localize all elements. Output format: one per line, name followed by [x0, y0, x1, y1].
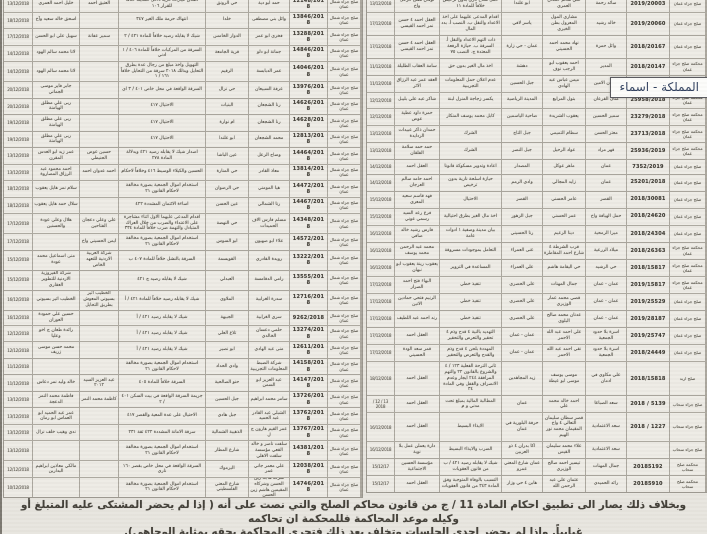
table-cell-complainant: ماهر عوكل — [543, 160, 585, 174]
table-cell-case-number: 23713/2018 — [627, 126, 669, 142]
table-cell-court: صلح جزاء شمال عمان — [328, 408, 360, 424]
table-cell-case-number: 20185192 — [627, 459, 669, 475]
table-cell-area: ابو نصير — [206, 342, 248, 358]
table-cell-session-date: 11/12/2018 — [367, 59, 394, 75]
scanned-court-announcement-page: 13/12/2018خليل احمد العمريالعتيق احمداطل… — [0, 0, 707, 534]
table-cell-session-date: 13/12/2018 — [4, 165, 32, 181]
table-cell-complainant: جمال المهنات — [543, 277, 585, 293]
table-cell-area: رنا الحسيني — [502, 226, 542, 242]
table-cell-session-date: 16/12/2018 — [4, 311, 32, 325]
table-cell-notes — [80, 425, 118, 441]
table-cell-case-number: 2018/24304 — [627, 226, 669, 242]
table-cell-case-number: 2018/20147 — [627, 59, 669, 75]
table-cell-charge: اقدام المدعى عليهما الاول اثناء مشاجرة ع… — [119, 214, 205, 233]
table-cell-court: صلح جزاء شمال عمان — [328, 311, 360, 325]
table-cell-session-date: 16/12/2018 — [367, 226, 394, 242]
table-cell-case-number: 2019/15817 — [627, 277, 669, 293]
table-cell-session-date: 16/12/2018 — [367, 442, 394, 458]
table-cell-case-number: 13814/2018 — [290, 165, 327, 181]
table-cell-charge: الاحتيال ٤١٧ — [119, 115, 205, 131]
table-cell-notes — [80, 181, 118, 197]
table-cell-session-date: 15/12/2018 — [367, 192, 394, 208]
table-cell-court: صلح جزاء شمال عمان — [328, 99, 360, 115]
table-cell-defendant: لانا محمد سالم الهود — [33, 46, 79, 62]
table-cell-defendant: العقد عمر عبد الرزاق الائر — [395, 76, 439, 92]
table-cell-case-number: 14381/2018 — [290, 441, 327, 460]
table-cell-charge: الشرك — [440, 126, 501, 142]
table-cell-case-number: 13274/2018 — [290, 326, 327, 342]
table-cell-defendant: مؤسسة الحسين الاجتماعية — [395, 459, 439, 475]
table-cell-defendant: العقل احمد — [395, 160, 439, 174]
table-cell-court: صلح جزاء عمان — [670, 226, 705, 242]
table-cell-notes — [80, 46, 118, 62]
table-cell-court: محكمة صلح سحاب — [670, 476, 705, 492]
table-cell-area: ام نوارة — [206, 115, 248, 131]
table-cell-court: صلح جزاء شمال عمان — [328, 29, 360, 45]
table-cell-notes — [80, 461, 118, 477]
table-cell-charge: ثاني الترحة الفعلية ١٢٣ / ٤ والشروع بالق… — [440, 362, 501, 395]
table-cell-case-number: 14628/2018 — [290, 115, 327, 131]
table-cell-court: محكمة صلح سحاب — [670, 459, 705, 475]
table-cell-complainant: رنا الشمالي — [249, 198, 289, 214]
table-cell-notes: حسين عوض الحنيطي — [80, 148, 118, 164]
table-cell-defendant: سهيل علي ابو الحسن — [33, 29, 79, 45]
table-cell-charge: الحسين والكيلاء الوسيط ٤١٦ وخلافاً لاحكا… — [119, 165, 205, 181]
table-cell-complainant: موسى يوسف موسى ابو عيطة — [543, 362, 585, 395]
table-cell-complainant: معاذ القادر — [249, 165, 289, 181]
table-cell-charge: اخذ مال الغير بطرق احتيالية — [440, 209, 501, 225]
table-cell-complainant: سرى الغرابية — [249, 311, 289, 325]
table-cell-case-number: 2019/20003 — [627, 0, 669, 12]
table-cell-session-date: 15/12/2018 — [4, 271, 32, 290]
table-cell-notes — [80, 13, 118, 29]
table-cell-session-date: 17/12/2018 — [367, 294, 394, 310]
table-cell-complainant: احمد يعقوب ابو الرجب نوف — [543, 59, 585, 75]
table-cell-defendant: العقل احمد — [395, 328, 439, 344]
table-cell-area: شارع المطار — [206, 441, 248, 460]
table-cell-court: صلح جزاء عمان — [670, 192, 705, 208]
table-cell-area: اكا بدران ٤ ذو العربين — [502, 442, 542, 458]
table-cell-complainant: سدرة الغرابية — [249, 291, 289, 310]
table-cell-agent: قهر مراد — [586, 143, 626, 159]
table-cell-case-number: 2018/24449 — [627, 345, 669, 361]
table-cell-charge: تنفيذ خطي — [440, 294, 501, 310]
table-cell-court: صلح جزاء شمال عمان — [328, 291, 360, 310]
table-cell-complainant: علي احمد عبد الله الاحمر — [543, 328, 585, 344]
table-cell-charge: الاحتيال — [440, 192, 501, 208]
table-cell-court: صلح جزاء شمال عمان — [328, 181, 360, 197]
table-cell-defendant: خليل احمد العمري — [33, 0, 79, 12]
table-cell-defendant: فاطمة محمد النمر الدعجة — [33, 392, 79, 408]
table-cell-session-date: 14/12/2018 — [367, 160, 394, 174]
table-cell-complainant: عثمان علي عبد الرحمن الله — [543, 476, 585, 492]
table-cell-complainant: جمانة ابو دلو — [249, 46, 289, 62]
table-cell-charge: التهديد بالنية ٤ قدح وذم ٤ تحقير والتعرض… — [440, 328, 501, 344]
table-cell-complainant: حلمي دعسان الخالدي — [249, 326, 289, 342]
table-cell-defendant: العقل احمد — [395, 413, 439, 441]
table-cell-court: صلح جزاء سحاب — [670, 413, 705, 441]
table-cell-case-number: 13555/2018 — [290, 271, 327, 290]
table-cell-court: صلح جزاء عمان — [670, 311, 705, 327]
table-cell-area: عمان - عمان — [502, 328, 542, 344]
table-cell-charge: التعامل بموجودات مسروقة — [440, 243, 501, 259]
table-cell-charge: سرقة الامانة المشددة ٤٢٢ ثقة ٢٣١ — [119, 425, 205, 441]
table-cell-case-number: 25936/2019 — [627, 143, 669, 159]
table-cell-defendant — [33, 359, 79, 375]
table-cell-case-number: 1227 / 2018 — [627, 413, 669, 441]
table-cell-defendant: العقل احمد ٤ حسن نمر احمد القيسي — [395, 36, 439, 58]
table-cell-case-number: 14626/2018 — [290, 99, 327, 115]
table-cell-area: البنيات — [206, 99, 248, 115]
table-cell-charge: اساءة الائتمان المشددة ٤٢٢ — [119, 198, 205, 214]
table-cell-court: صلح جزاء عمان — [670, 36, 705, 58]
table-cell-session-date: 19/12/2018 — [4, 115, 32, 131]
table-cell-area: الجبيهة — [206, 311, 248, 325]
table-cell-defendant — [33, 441, 79, 460]
table-cell-notes — [80, 478, 118, 497]
table-cell-agent: حي الرشيد — [586, 260, 626, 276]
table-cell-case-number: 14467/2018 — [290, 198, 327, 214]
table-cell-complainant: دينا الزعيم — [543, 226, 585, 242]
table-cell-case-number: 13288/2018 — [290, 29, 327, 45]
table-cell-charge: تنفيذ خطي — [440, 277, 501, 293]
table-cell-case-number: 23279/2018 — [627, 109, 669, 125]
table-cell-defendant: ربى علي مطلق الهيامنة — [33, 99, 79, 115]
table-cell-agent: وائل حمزة — [586, 36, 626, 58]
table-cell-case-number: 13846/2018 — [290, 13, 327, 29]
table-cell-charge: شيك لا يقابله رصيد ج ٤٢١ — [119, 271, 205, 290]
table-cell-court: محكمة صلح جزاء عمان — [670, 59, 705, 75]
table-cell-court: صلح جزاء شمال عمان — [328, 82, 360, 98]
table-cell-session-date: 11/12/2018 — [4, 359, 32, 375]
table-cell-complainant: عمر الحسني — [543, 209, 585, 225]
table-cell-area: الدوار الخامس — [206, 29, 248, 45]
table-cell-agent: اسرة بلا حدود الجمعية — [586, 328, 626, 344]
table-cell-session-date: 15/12/2018 — [4, 251, 32, 270]
table-cell-complainant: عبد العزيز ابو السمن — [249, 375, 289, 391]
table-cell-agent: رائد الحميدي — [586, 476, 626, 492]
table-cell-court: محكمة صلح جزاء عمان — [670, 277, 705, 293]
table-cell-session-date: 16/12/2018 — [367, 243, 394, 259]
table-cell-session-date: 16/12/2018 — [4, 291, 32, 310]
table-cell-court: صلح جزاء شمال عمان — [328, 148, 360, 164]
table-cell-charge: بيان مدينة وصفية ١ ادوات عامة — [440, 226, 501, 242]
table-cell-area: حي النهضة — [206, 214, 248, 233]
table-cell-area: ابو علندا — [502, 0, 542, 12]
table-cell-charge: شيك لا يقابله رصيد ٤٢١ / ب من قانون العق… — [440, 459, 501, 475]
table-cell-charge: شيك لا يقابله رصيد ٤٢١ / أ — [119, 342, 205, 358]
table-cell-complainant: هيا المومني — [249, 181, 289, 197]
table-cell-session-date: 14/12/2018 — [4, 62, 32, 81]
table-cell-charge: جريمة السرقة الواقعة في بيت السكن ٤٠١ / … — [119, 392, 205, 408]
table-cell-agent: سعد الصباغا — [586, 396, 626, 412]
table-cell-defendant: حمد حمد سلامة الفلقان — [395, 143, 439, 159]
table-cell-case-number: 12148/2018 — [290, 0, 327, 12]
table-cell-complainant: مسلم فارس الاف الحميدات — [249, 214, 289, 233]
table-cell-area: جبل هادي — [206, 408, 248, 424]
table-cell-notes: العتيق احمد — [80, 0, 118, 12]
table-cell-agent: اسرة بلا حدود الجمعية — [586, 345, 626, 361]
table-cell-defendant: العقل احمد — [395, 476, 439, 492]
table-cell-session-date: 18/12/2018 — [367, 362, 394, 395]
table-cell-court: صلح جزاء شمال عمان — [328, 441, 360, 460]
table-cell-court: صلح جزاء شمال عمان — [328, 359, 360, 375]
table-cell-area: حي المنارة — [206, 165, 248, 181]
table-cell-defendant: احمد حامد سالم العرجان — [395, 175, 439, 191]
table-cell-session-date: 17/12/2018 — [367, 277, 394, 293]
table-cell-complainant: رويدة القادري — [249, 251, 289, 270]
table-cell-defendant: شاكر عبد علي بليبل — [395, 93, 439, 108]
table-cell-court: صلح جزاء عمان — [670, 294, 705, 310]
table-cell-notes: كاظمة محمد النمر — [80, 392, 118, 408]
table-cell-case-number: 14348/2018 — [290, 214, 327, 233]
table-cell-session-date: 20/12/2018 — [4, 99, 32, 115]
table-cell-session-date: 14/12/2018 — [367, 175, 394, 191]
table-cell-charge: الضرب والايذاء البسيط — [440, 442, 501, 458]
table-cell-defendant: مالكي معاذين ابراهيم البدارين — [33, 461, 79, 477]
table-cell-complainant: شركة الضبط المعلومات التجريبية — [249, 359, 289, 375]
table-cell-session-date: 17/12/2018 — [367, 13, 394, 35]
table-cell-complainant: احمد خالد محمد علي — [543, 396, 585, 412]
table-cell-defendant: رند احمد عبد اللطيف — [395, 311, 439, 327]
table-cell-charge: حيازة اسلحة نارية بدون ترخيص — [440, 175, 501, 191]
table-cell-charge: المساعدة في التزوير — [440, 260, 501, 276]
table-cell-court: محكمة صلح جزاء عمان — [670, 260, 705, 276]
table-cell-charge: المطالبة المالية بمبلغ تحت مدني و م — [440, 396, 501, 412]
table-cell-complainant: سامر محمد ابراهيم — [249, 392, 289, 408]
table-cell-session-date: 17/12/2018 — [4, 234, 32, 250]
table-cell-area: حي الرضوان — [206, 181, 248, 197]
table-cell-area: العبدلي — [206, 271, 248, 290]
table-cell-charge: الاحتيال ٤١٧ — [119, 99, 205, 115]
table-cell-case-number: 13222/2018 — [290, 251, 327, 270]
table-cell-defendant: ندى وهيب خلف نزال — [33, 425, 79, 441]
table-cell-area: حي الرونق — [206, 0, 248, 12]
table-cell-defendant: فارس رشيد خالد صافي — [395, 226, 439, 242]
table-cell-defendant: جابر فايز موسى الجماني — [33, 82, 79, 98]
table-cell-case-number: 2018/20167 — [627, 36, 669, 58]
table-cell-session-date: 17/12/2018 — [367, 311, 394, 327]
table-cell-complainant: وائل بني مصطفى — [249, 13, 289, 29]
table-cell-complainant: مشاري المول المعزول بطن الخيري — [543, 13, 585, 35]
table-cell-charge: السرقة الواقعة في محل خاص ٤٠١ / ٣ اي — [119, 82, 205, 98]
table-cell-case-number: 14464/2018 — [290, 148, 327, 164]
table-cell-charge: اصدار شيك لا يقابله رصيد ٤٢١ وبدلالة الم… — [119, 148, 205, 164]
table-cell-area: غنى العمراء — [502, 243, 542, 259]
table-cell-notes: سمير عفانة — [80, 29, 118, 45]
table-cell-session-date: 10/12/2018 — [4, 478, 32, 497]
table-cell-area: هابن ٤ حي وزار — [502, 476, 542, 492]
table-cell-charge: تنفيذ خطي — [440, 311, 501, 327]
table-cell-notes — [80, 62, 118, 81]
table-cell-case-number: 5139 / 2018 — [627, 396, 669, 412]
table-cell-charge: التسبب بالوفاة المتوجبة وفق المادة ٣٤٣ م… — [440, 476, 501, 492]
table-cell-area: علي الحصري — [502, 277, 542, 293]
table-cell-case-number: 7352/2019 — [627, 160, 669, 174]
table-cell-complainant: نقي احمد عبد الله الاحمر — [543, 345, 585, 361]
table-cell-notes — [80, 359, 118, 375]
table-cell-defendant: احمد محمود عبد الرزاق المصاروة — [33, 165, 79, 181]
table-cell-charge: استخدام اموال الجمعية بصورة مخالفة لاحكا… — [119, 359, 205, 375]
table-cell-court: صلح جزاء شمال عمان — [328, 425, 360, 441]
table-cell-notes — [80, 82, 118, 98]
table-cell-session-date: 13/12/2018 — [4, 425, 32, 441]
table-cell-session-date: 18/12/2018 — [4, 13, 32, 29]
table-cell-agent: سعد الاعتمادية — [586, 413, 626, 441]
table-cell-court: محكمة صلح جزاء عمان — [670, 109, 705, 125]
annotation-tag-label[interactable]: المملكة - اسماء — [610, 77, 707, 98]
table-cell-area: القويسمة — [206, 251, 248, 270]
table-cell-session-date: 20/12/2018 — [4, 82, 32, 98]
table-cell-session-date: 12/12/2018 — [367, 109, 394, 125]
table-cell-area: زيد المجاهدين — [502, 362, 542, 395]
legal-footer-note: وبخلاف ذلك يصار الى تطبيق احكام المادة 1… — [6, 499, 701, 534]
table-cell-charge: عدم اعلان حمل المعلومات التجريبية — [440, 76, 501, 92]
table-cell-defendant: ربى علي مطلق الهيامنة — [33, 115, 79, 131]
table-cell-court: صلح جزاء شمال عمان — [328, 13, 360, 29]
table-cell-agent: المدير — [586, 59, 626, 75]
table-cell-charge: استخدام اموال الجمعية بصورة مخالفة لاحكا… — [119, 234, 205, 250]
table-cell-agent: جمال المهنات — [586, 459, 626, 475]
table-cell-court: صلح جزاء عمان — [670, 328, 705, 344]
table-cell-session-date: 13/12/2018 — [367, 143, 394, 159]
table-cell-case-number: 13976/2018 — [290, 82, 327, 98]
table-cell-case-number: 2018/15818 — [627, 362, 669, 395]
table-cell-court: صلح جزاء سحاب — [670, 442, 705, 458]
table-cell-complainant: قرب الشرطة ٤ شارع احمد المقاطرة — [543, 243, 585, 259]
legal-footer-line2: غيابياً, وإذا لم يحضر إحدى الجلسات وتخلف… — [124, 526, 583, 534]
table-cell-session-date: 15/12/2018 — [367, 209, 394, 225]
table-cell-session-date: 13 / 12 / 2018 — [367, 396, 394, 412]
table-cell-complainant: علي معمر جاني عمر — [249, 461, 289, 477]
table-cell-area: القصر — [502, 192, 542, 208]
table-cell-defendant: محمد عبد الرحمن محمد يوسف — [395, 243, 439, 259]
table-cell-area: الذهيبة الشمالية — [206, 425, 248, 441]
table-cell-session-date: 11/12/2018 — [367, 76, 394, 92]
table-cell-charge: انتهاك حرمة ملك الغير ٣٤٧ — [119, 13, 205, 29]
table-cell-area: عين الحسن — [206, 198, 248, 214]
table-cell-area: حرفة البلورية في عمان — [502, 413, 542, 441]
table-cell-case-number: 14147/2018 — [290, 375, 327, 391]
table-cell-area: المصدار — [502, 160, 542, 174]
table-cell-defendant: سلام نمر هايل يعقوب — [33, 181, 79, 197]
table-cell-session-date: 16/12/2018 — [367, 413, 394, 441]
table-cell-court: صلح جزاء عمان — [670, 160, 705, 174]
table-cell-case-number: 20185910 — [627, 476, 669, 492]
table-cell-court: صلح جزاء عمان — [670, 175, 705, 191]
table-cell-charge: التهويل واخذ مبلغ من رجال عدة بطرق التحا… — [119, 62, 205, 81]
table-cell-defendant: منى اسماعيل محمد عودة — [33, 251, 79, 270]
table-cell-session-date: 13/12/2018 — [4, 441, 32, 460]
table-cell-court: صلح جزاء عمان — [670, 209, 705, 225]
table-cell-agent: ميرا الرمحية — [586, 226, 626, 242]
table-cell-session-date: 13/12/2018 — [4, 0, 32, 12]
table-cell-notes — [80, 311, 118, 325]
table-cell-session-date: 13/12/2018 — [4, 392, 32, 408]
table-cell-defendant: الخطيب اثير بسيوني — [33, 291, 79, 310]
table-cell-area: اليرموك — [206, 461, 248, 477]
table-cell-case-number: 14158/2018 — [290, 359, 327, 375]
table-cell-complainant: عمر القيم هارون ج ل — [249, 425, 289, 441]
table-cell-defendant: رائدة طعان ج اخو وعليا — [33, 326, 79, 342]
table-cell-defendant: فرع رعد السيد رسمي عوني — [395, 209, 439, 225]
table-cell-agent: عمان - عمان — [586, 311, 626, 327]
table-cell-charge: استخدام اموال الجمعية بصورة مخالفة لاحكا… — [119, 181, 205, 197]
table-cell-session-date: 17/12/2018 — [367, 36, 394, 58]
table-cell-defendant: سامة العقاب الطليلة — [395, 59, 439, 75]
table-cell-court: صلح جزاء شمال عمان — [328, 271, 360, 290]
table-cell-defendant: سلال حمد هايل يعقوب — [33, 198, 79, 214]
table-cell-court: صلح جزاء شمال عمان — [328, 115, 360, 131]
table-cell-complainant: حي اليقامة هاشم — [543, 260, 585, 276]
table-cell-court: صلح جزاء عمان — [670, 345, 705, 361]
table-cell-complainant: عامر الحسني — [543, 192, 585, 208]
table-cell-notes — [80, 408, 118, 424]
table-cell-defendant: فهد قاسم سعيد المعزي — [395, 192, 439, 208]
table-cell-court: صلح جزاء شمال عمان — [328, 46, 360, 62]
table-cell-case-number: 14046/2018 — [290, 62, 327, 81]
table-cell-agent: عمان - عمان — [586, 294, 626, 310]
table-cell-notes — [80, 326, 118, 342]
table-cell-defendant: لانا محمد سالم الهود — [33, 62, 79, 81]
table-cell-complainant: محمد الشجعان — [249, 132, 289, 148]
table-cell-area: خلدا — [206, 13, 248, 29]
table-cell-notes: الخطيب اثير بسيوني المعوش بطريق التحايل — [80, 291, 118, 310]
table-cell-session-date: 13/12/2018 — [367, 0, 394, 12]
table-cell-complainant: زايد المجالي — [543, 175, 585, 191]
table-cell-complainant: رامي الدقامسة — [249, 271, 289, 290]
table-cell-agent: ميلاد الزرعية — [586, 243, 626, 259]
table-cell-complainant: رنا الشجعان — [249, 115, 289, 131]
table-cell-session-date: 11/12/2018 — [4, 375, 32, 391]
table-cell-area: حي نزال — [206, 82, 248, 98]
table-cell-area: عمان شارع المعني عمرو — [502, 459, 542, 475]
table-cell-charge: استخدام اموال الجمعية بصورة مخالفة لاحكا… — [119, 478, 205, 497]
table-cell-defendant: حمدان ذاكر عبيدات الردايدة — [395, 126, 439, 142]
table-cell-complainant: شركة هاجد زين الحسن وشركاه المقيمين هاشم… — [249, 478, 289, 497]
table-cell-defendant: البهاء فتح احمد الصرار — [395, 277, 439, 293]
table-cell-agent: عمان - عمان — [586, 277, 626, 293]
table-cell-case-number: 2019/25529 — [627, 294, 669, 310]
table-cell-case-number: 12716/2018 — [290, 291, 327, 310]
table-cell-defendant: شركة الفيروزية الاردنية للتطوير العقاري — [33, 271, 79, 290]
table-cell-complainant: عواد الرحيل — [543, 143, 585, 159]
table-cell-charge: ذات التهم الاعداد والنقل أ. السرقة ب. حي… — [440, 36, 501, 58]
table-cell-complainant: تيسير احمد صالح الوزيري — [543, 459, 585, 475]
table-cell-court: صلح جزاء شمال عمان — [328, 198, 360, 214]
table-cell-complainant: قصر سطان سليمان التعالي ٤ واخ المقيمان م… — [543, 413, 585, 441]
table-cell-agent: القصر — [586, 192, 626, 208]
table-cell-case-number: 13767/2018 — [290, 425, 327, 441]
table-cell-charge: الاحتيال على عدة المعية والقصر ٤١٧ — [119, 408, 205, 424]
table-cell-defendant: ربى علي مطلق الهيامنة — [33, 132, 79, 148]
table-cell-area: عمان - عمان — [502, 345, 542, 361]
table-cell-defendant: اسحق خالد سعيد وآخ — [33, 13, 79, 29]
table-cell-notes — [80, 441, 118, 460]
table-cell-area: جبل الحسين — [206, 392, 248, 408]
table-cell-court: محكمة صلح جزاء عمان — [670, 243, 705, 259]
table-cell-defendant — [33, 234, 79, 250]
table-cell-area: علي الحصري — [502, 294, 542, 310]
table-cell-complainant: رنا الشجعان — [249, 99, 289, 115]
table-cell-session-date: 13/12/2018 — [4, 408, 32, 424]
table-cell-complainant: بتول المرابع — [543, 93, 585, 108]
table-cell-court: محكمة صلح جزاء عمان — [670, 143, 705, 159]
table-cell-charge: السرقة الواقعة في محل خاص بقصر ١٦٠ ناري — [119, 461, 205, 477]
table-cell-charge: اعادة وتدوير مسكوكة قانونا — [440, 160, 501, 174]
table-cell-session-date: 12/12/2018 — [4, 461, 32, 477]
table-cell-session-date: 15/12/17 — [367, 459, 394, 475]
